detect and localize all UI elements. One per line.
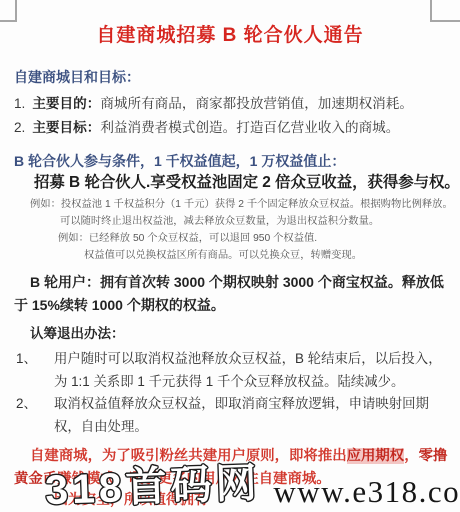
goal-item-1: 1.主要目的：商城所有商品，商家都投放营销值，加速期权消耗。	[14, 93, 454, 114]
goal-item-text: 利益消费者模式创造。打造百亿营业收入的商城。	[100, 120, 399, 135]
margin-crop-mark-top-right	[430, 0, 460, 22]
recruit-highlight-line: 招募 B 轮合伙人.享受权益池固定 2 倍众豆收益，获得参与权。	[14, 173, 454, 193]
promo-highlight-term: 应用期权	[347, 448, 405, 464]
conditions-heading: B 轮合伙人参与条件，1 千权益值起，1 万权益值止：	[14, 152, 454, 170]
promo-separator: ，	[404, 448, 418, 464]
condition-note: 例如：投权益池 1 千权益积分（1 千元）获得 2 千个固定释放众豆权益。根据购…	[14, 196, 454, 213]
exit-item-2: 2、 取消权益值释放众豆权益，即取消商宝释放逻辑，申请映射回期权，自由处理。	[14, 393, 454, 438]
promo-tail: 赚钱模式。吸引更多的用户入住自建商城。	[57, 471, 330, 487]
condition-note: 例如：已经释放 50 个众豆权益，可以退回 950 个权益值.	[14, 230, 454, 247]
goal-item-2: 2.主要目标：利益消费者模式创造。打造百亿营业收入的商城。	[14, 117, 454, 138]
exit-item-number: 2、	[14, 393, 54, 438]
promo-paragraph: 自建商城，为了吸引粉丝共建用户原则，即将推出应用期权，零撸黄金币赚钱模式。吸引更…	[14, 445, 448, 490]
exit-method-heading: 认筹退出办法：	[14, 325, 454, 343]
page-title: 自建商城招募 B 轮合伙人通告	[0, 24, 460, 48]
goal-item-text: 商城所有商品，商家都投放营销值，加速期权消耗。	[100, 96, 413, 111]
exit-item-1: 1、 用户随时可以取消权益池释放众豆权益，B 轮结束后，以后投入，为 1:1 关…	[14, 348, 454, 393]
goal-item-label: 主要目标：	[32, 120, 100, 135]
goal-item-number: 1.	[14, 96, 25, 111]
margin-crop-mark-top-left	[0, 0, 17, 22]
document-page: 自建商城招募 B 轮合伙人通告 自建商城目和目标： 1.主要目的：商城所有商品，…	[0, 0, 460, 512]
condition-note: 权益值可以兑换权益区所有商品。可以兑换众豆，转赠变现。	[14, 247, 454, 264]
condition-note: 可以随时终止退出权益池，减去释放众豆数量，为退出权益积分数量。	[14, 213, 454, 230]
goal-item-label: 主要目的：	[32, 96, 100, 111]
goals-heading: 自建商城目和目标：	[14, 68, 454, 86]
goal-item-number: 2.	[14, 120, 25, 135]
promo-lead: 自建商城，为了吸引粉丝共建用户原则，即将推出	[30, 448, 347, 464]
exit-item-number: 1、	[14, 348, 54, 393]
exit-item-text: 取消权益值释放众豆权益，即取消商宝释放逻辑，申请映射回期权，自由处理。	[54, 393, 454, 438]
document-body: 自建商城目和目标： 1.主要目的：商城所有商品，商家都投放营销值，加速期权消耗。…	[0, 68, 460, 509]
b-round-user-label: B 轮用户：	[30, 274, 100, 290]
b-round-user-paragraph: B 轮用户：拥有首次转 3000 个期权映射 3000 个商宝权益。释放低于 1…	[14, 271, 454, 316]
exit-item-text: 用户随时可以取消权益池释放众豆权益，B 轮结束后，以后投入，为 1:1 关系即 …	[54, 348, 454, 393]
safety-tagline: 因为安全，所以值得拥有	[54, 490, 454, 509]
